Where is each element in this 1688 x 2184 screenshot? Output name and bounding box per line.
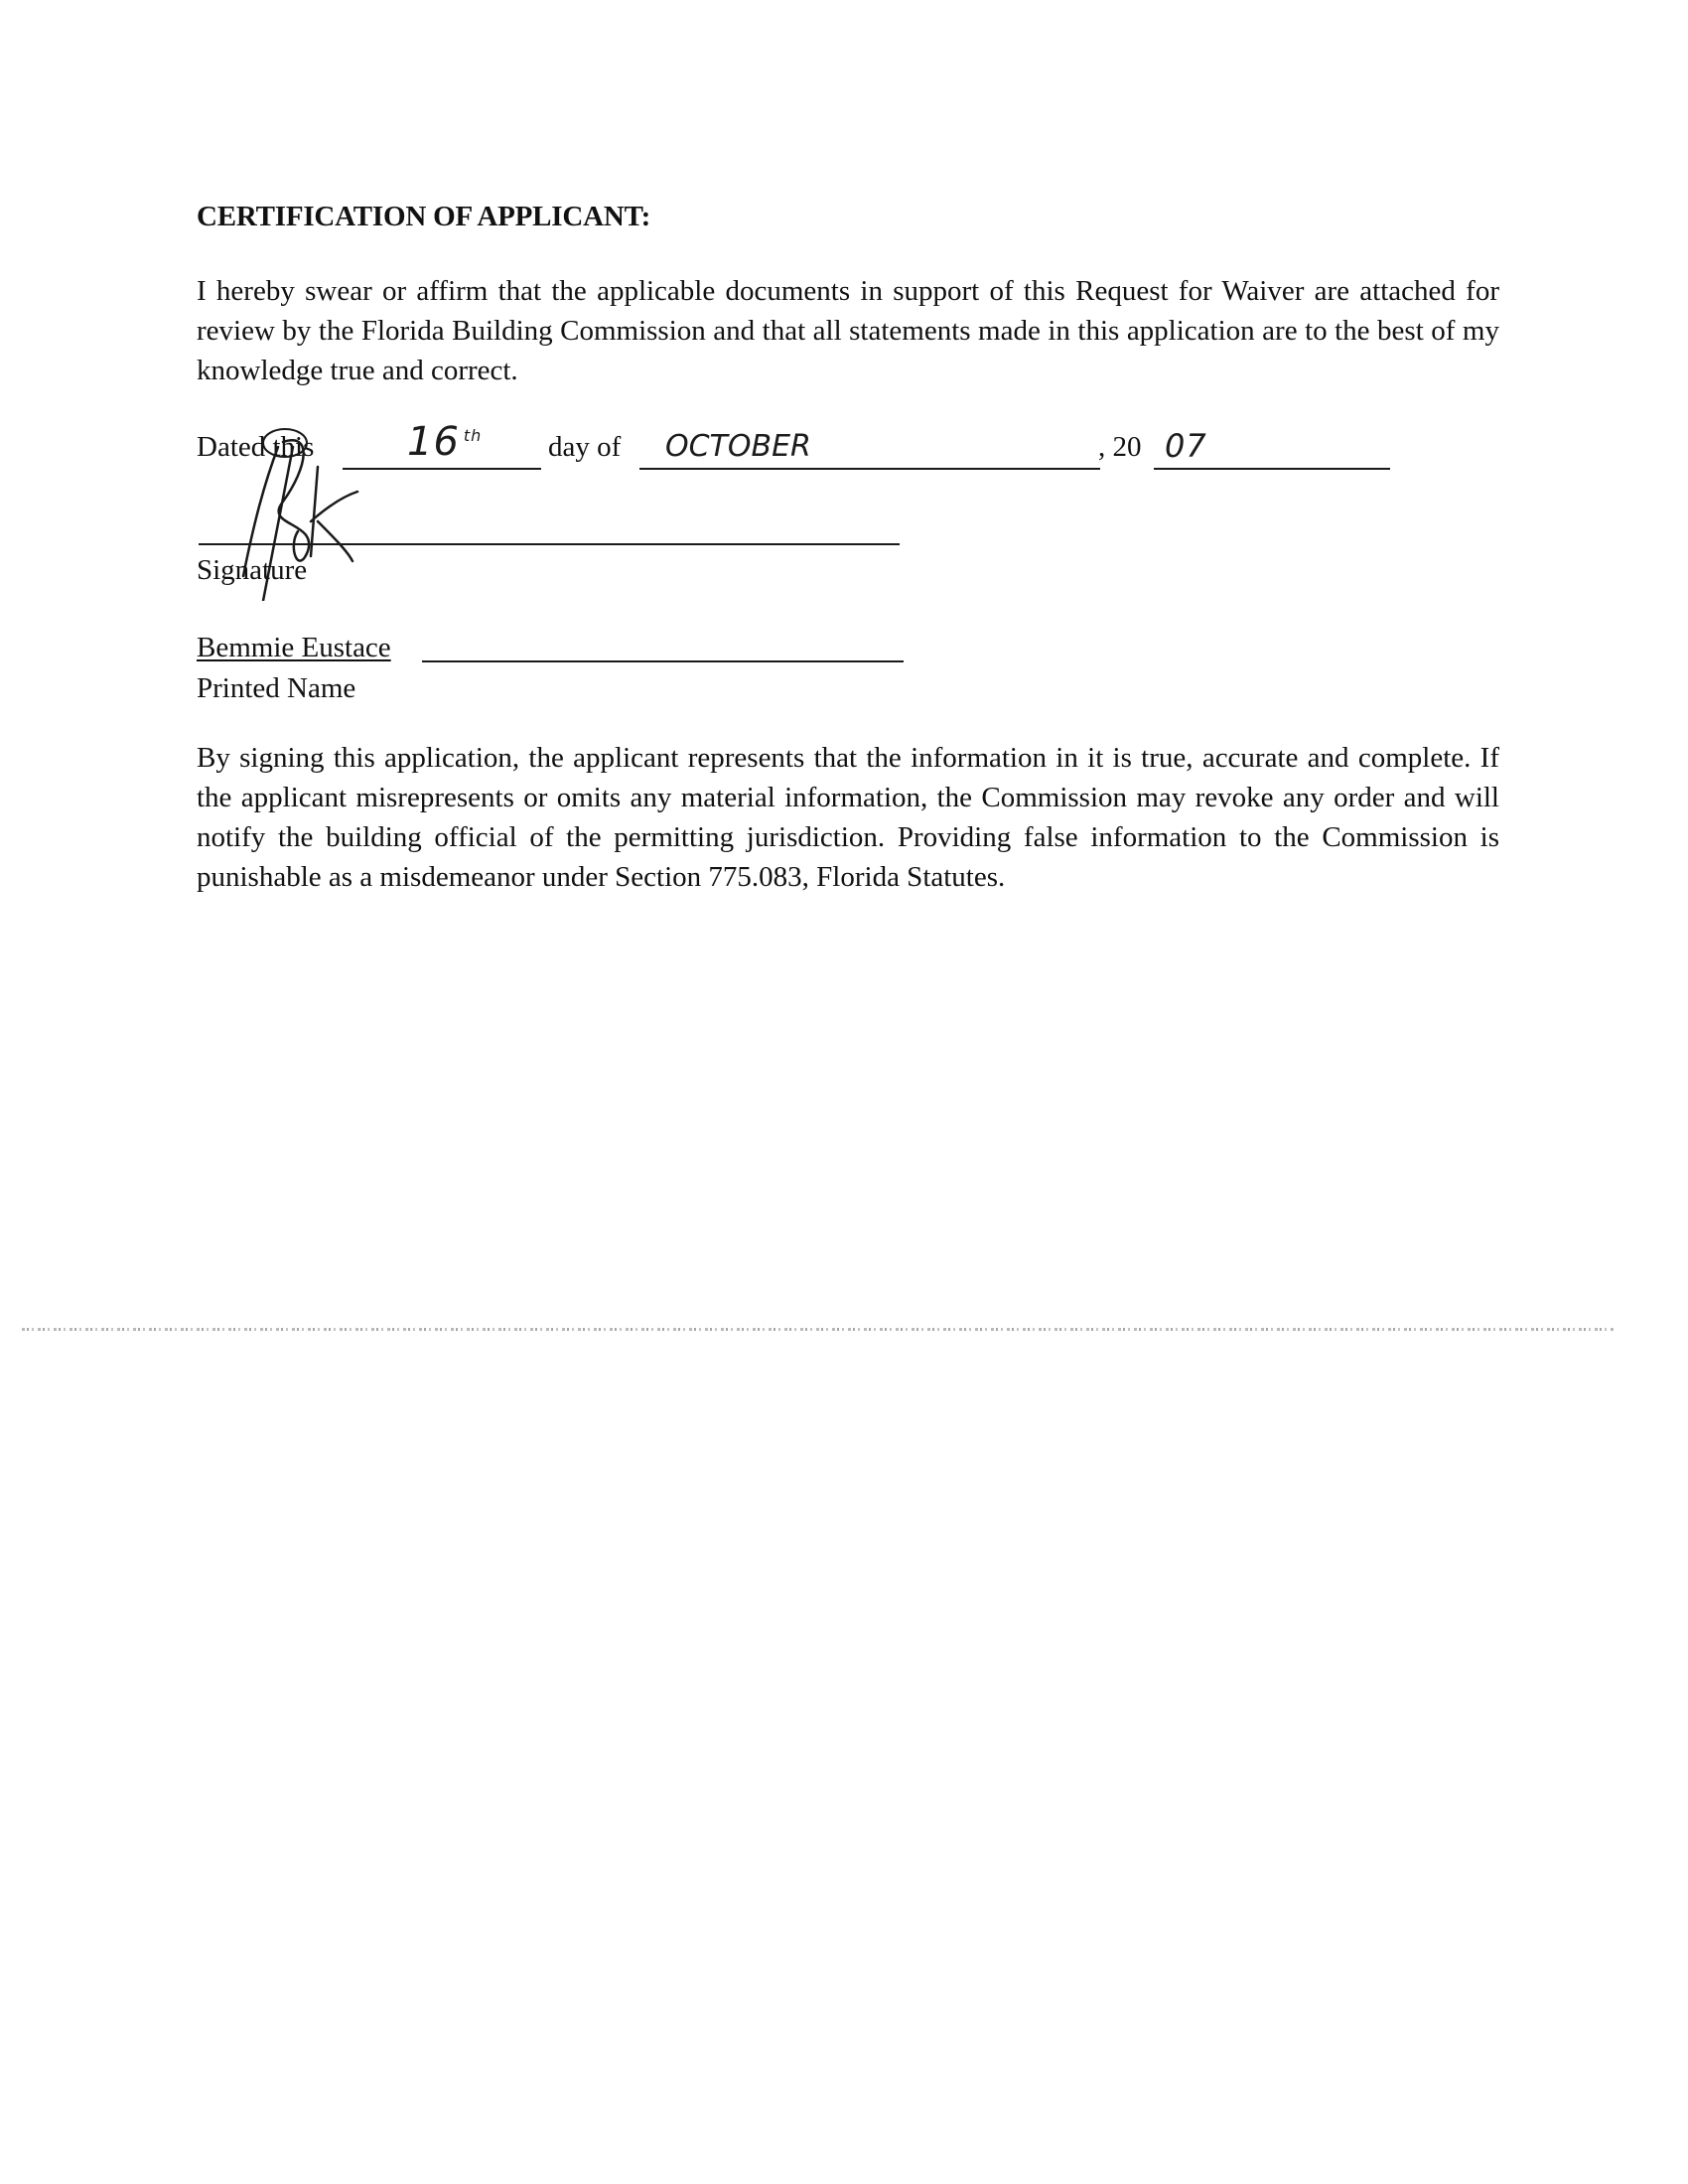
day-suffix: th [464, 426, 482, 445]
signature-label: Signature [197, 554, 307, 587]
disclaimer-paragraph: By signing this application, the applica… [197, 738, 1499, 897]
year-field-value: 07 [1165, 427, 1207, 465]
printed-name-value: Bemmie Eustace [197, 632, 391, 664]
certification-heading: CERTIFICATION OF APPLICANT: [197, 201, 650, 233]
year-prefix-label: , 20 [1098, 431, 1142, 464]
month-field-line [639, 468, 1100, 470]
document-page: CERTIFICATION OF APPLICANT: I hereby swe… [0, 0, 1688, 2184]
printed-name-label: Printed Name [197, 672, 355, 705]
printed-name-line [422, 660, 904, 662]
scan-artifact-line [22, 1328, 1616, 1331]
day-of-label: day of [548, 431, 621, 464]
signature-line [199, 543, 900, 545]
month-field-value: OCTOBER [665, 429, 811, 464]
year-field-line [1154, 468, 1390, 470]
affirmation-paragraph: I hereby swear or affirm that the applic… [197, 271, 1499, 390]
